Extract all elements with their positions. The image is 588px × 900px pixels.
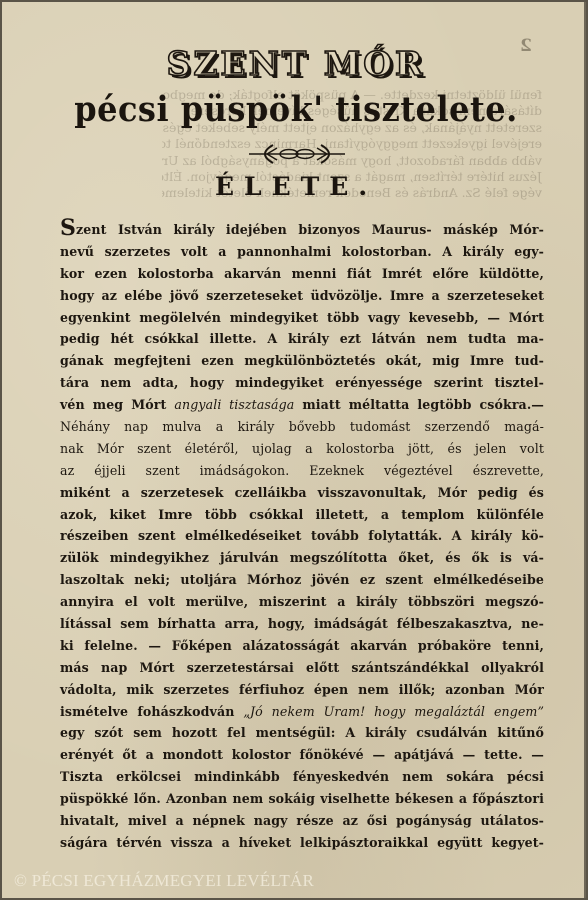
body-line: annyira el volt merülve, miszerint a kir… <box>60 591 544 613</box>
body-line: pedig hét csókkal illette. A király ezt … <box>60 328 544 350</box>
body-line: miként a szerzetesek czelláikba visszavo… <box>60 482 544 504</box>
body-line: hivatalt, mivel a népnek nagy része az ő… <box>60 810 544 832</box>
body-line: zülök mindegyikhez járulván megszólított… <box>60 547 544 569</box>
body-line: nak Mór szent életéről, ujolag a kolosto… <box>60 438 544 460</box>
body-line: az éjjeli szent imádságokon. Ezeknek vég… <box>60 460 544 482</box>
copyright-watermark: © PÉCSI EGYHÁZMEGYEI LEVÉLTÁR <box>14 871 314 891</box>
flourish-ornament-icon <box>247 142 347 166</box>
body-line: részeiben szent elmélkedéseiket tovább f… <box>60 525 544 547</box>
body-line: vén meg Mórt angyali tisztasága miatt mé… <box>60 394 544 416</box>
body-line: Szent István király idejében bizonyos Ma… <box>60 219 544 241</box>
section-heading: ÉLETE. <box>2 172 588 201</box>
body-line: gának megfejteni ezen megkülönböztetés o… <box>60 350 544 372</box>
drop-cap: S <box>60 215 76 241</box>
body-line: tára nem adta, hogy mindegyiket erényess… <box>60 372 544 394</box>
italic-quote: „Jó nekem Uram! hogy megaláztál engem” <box>234 704 544 719</box>
body-line: egy szót sem hozott fel mentségül: A kir… <box>60 722 544 744</box>
italic-phrase: angyali tisztasága <box>174 397 294 412</box>
body-line: más nap Mórt szerzetestársai előtt szánt… <box>60 657 544 679</box>
body-line: nevű szerzetes volt a pannonhalmi kolost… <box>60 241 544 263</box>
body-line: erényét őt a mondott kolostor főnökévé —… <box>60 744 544 766</box>
body-line: vádolta, mik szerzetes férfiuhoz épen ne… <box>60 679 544 701</box>
body-line: Néhány nap mulva a király bővebb tudomás… <box>60 416 544 438</box>
body-line: ságára térvén vissza a híveket lelkipász… <box>60 832 544 854</box>
body-line: Tiszta erkölcsei mindinkább fényeskedvén… <box>60 766 544 788</box>
showthrough-line: vább abban fáradozott, hogy másokat a po… <box>162 153 542 169</box>
body-line: ki felelne. — Főképen alázatosságát akar… <box>60 635 544 657</box>
body-line: lítással sem bírhatta arra, hogy, imádsá… <box>60 613 544 635</box>
showthrough-line: erejével igyekezett meggyógyítani. Harmi… <box>162 136 542 152</box>
body-line: ismételve fohászkodván „Jó nekem Uram! h… <box>60 701 544 723</box>
body-line: azok, kiket Imre több csókkal illetett, … <box>60 504 544 526</box>
body-line: laszoltak neki; utoljára Mórhoz jövén ez… <box>60 569 544 591</box>
document-page: fenül üldöztetni kezdette. — A püspököt … <box>2 2 586 898</box>
body-line: püspökké lőn. Azonban nem sokáig viselhe… <box>60 788 544 810</box>
title-subtitle: pécsi püspök' tisztelete. <box>2 88 588 129</box>
body-line: egyenkint megölelvén mindegyiket több va… <box>60 307 544 329</box>
body-text: Szent István király idejében bizonyos Ma… <box>60 219 544 854</box>
body-line: hogy az elébe jövő szerzeteseket üdvözöl… <box>60 285 544 307</box>
body-line: kor ezen kolostorba akarván menni fiát I… <box>60 263 544 285</box>
title-ornate: SZENT MÓR <box>2 44 588 83</box>
